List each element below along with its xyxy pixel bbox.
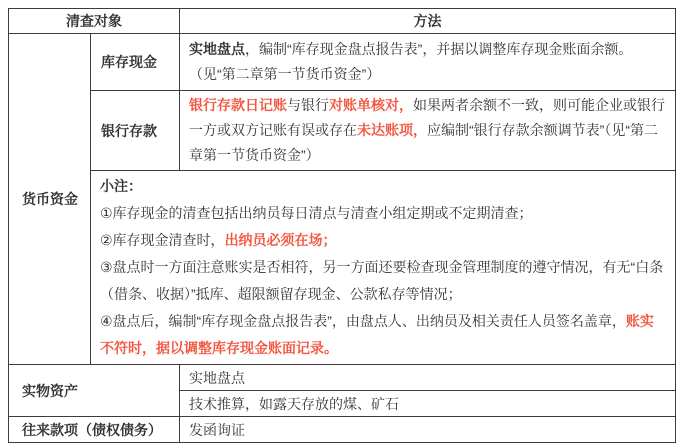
cell-note: 小注： ①库存现金的清查包括出纳员每日清点与清查小组定期或不定期清查； ②库存现… <box>91 171 676 365</box>
cell-monetary-funds-label: 货币资金 <box>9 34 91 365</box>
text-segment: 对账单核对， <box>329 97 413 113</box>
inventory-check-table: 清查对象 方法 货币资金 库存现金 实地盘点，编制“库存现金盘点报告表”，并据以… <box>8 8 676 443</box>
row-cash-on-hand: 货币资金 库存现金 实地盘点，编制“库存现金盘点报告表”，并据以调整库存现金账面… <box>9 34 676 91</box>
note-item-4: ④盘点后，编制“库存现金盘点报告表”，由盘点人、出纳员及相关责任人员签名盖章，账… <box>100 308 666 362</box>
row-note: 小注： ①库存现金的清查包括出纳员每日清点与清查小组定期或不定期清查； ②库存现… <box>9 171 676 365</box>
row-physical-assets-1: 实物资产 实地盘点 <box>9 365 676 391</box>
text-segment: ，编制“库存现金盘点报告表”，并据以调整库存现金账面余额。（见“第二章第一节货币… <box>189 41 632 82</box>
header-row: 清查对象 方法 <box>9 9 676 34</box>
text-segment: 实地盘点 <box>189 41 245 57</box>
cell-receivables-method: 发函询证 <box>180 417 676 443</box>
text-segment: ④盘点后，编制“库存现金盘点报告表”，由盘点人、出纳员及相关责任人员签名盖章， <box>100 313 626 329</box>
cell-cash-on-hand-label: 库存现金 <box>91 34 180 91</box>
note-item-3: ③盘点时一方面注意账实是否相符，另一方面还要检查现金管理制度的遵守情况，有无“白… <box>100 254 666 308</box>
text-segment: ①库存现金的清查包括出纳员每日清点与清查小组定期或不定期清查； <box>100 205 533 221</box>
note-item-2: ②库存现金清查时，出纳员必须在场； <box>100 227 666 254</box>
cell-physical-assets-label: 实物资产 <box>9 365 180 417</box>
cell-bank-deposit-method: 银行存款日记账与银行对账单核对，如果两者余额不一致，则可能企业或银行一方或双方记… <box>180 91 676 171</box>
header-method: 方法 <box>180 9 676 34</box>
text-segment: ②库存现金清查时， <box>100 232 225 248</box>
text-segment: 银行存款日记账 <box>189 97 287 113</box>
inventory-check-page: 清查对象 方法 货币资金 库存现金 实地盘点，编制“库存现金盘点报告表”，并据以… <box>0 0 683 436</box>
text-segment: ③盘点时一方面注意账实是否相符，另一方面还要检查现金管理制度的遵守情况，有无“白… <box>100 259 663 302</box>
row-bank-deposit: 银行存款 银行存款日记账与银行对账单核对，如果两者余额不一致，则可能企业或银行一… <box>9 91 676 171</box>
text-segment: 未达账项， <box>357 122 427 138</box>
text-segment: 与银行 <box>287 97 329 113</box>
cell-bank-deposit-label: 银行存款 <box>91 91 180 171</box>
note-title: 小注： <box>100 173 666 200</box>
note-item-1: ①库存现金的清查包括出纳员每日清点与清查小组定期或不定期清查； <box>100 200 666 227</box>
text-segment: 小注： <box>100 178 142 194</box>
cell-receivables-label: 往来款项（债权债务） <box>9 417 180 443</box>
cell-physical-method-1: 实地盘点 <box>180 365 676 391</box>
text-segment: 出纳员必须在场； <box>225 232 337 248</box>
header-check-object: 清查对象 <box>9 9 180 34</box>
row-receivables: 往来款项（债权债务） 发函询证 <box>9 417 676 443</box>
cell-cash-on-hand-method: 实地盘点，编制“库存现金盘点报告表”，并据以调整库存现金账面余额。（见“第二章第… <box>180 34 676 91</box>
cell-physical-method-2: 技术推算，如露天存放的煤、矿石 <box>180 391 676 417</box>
